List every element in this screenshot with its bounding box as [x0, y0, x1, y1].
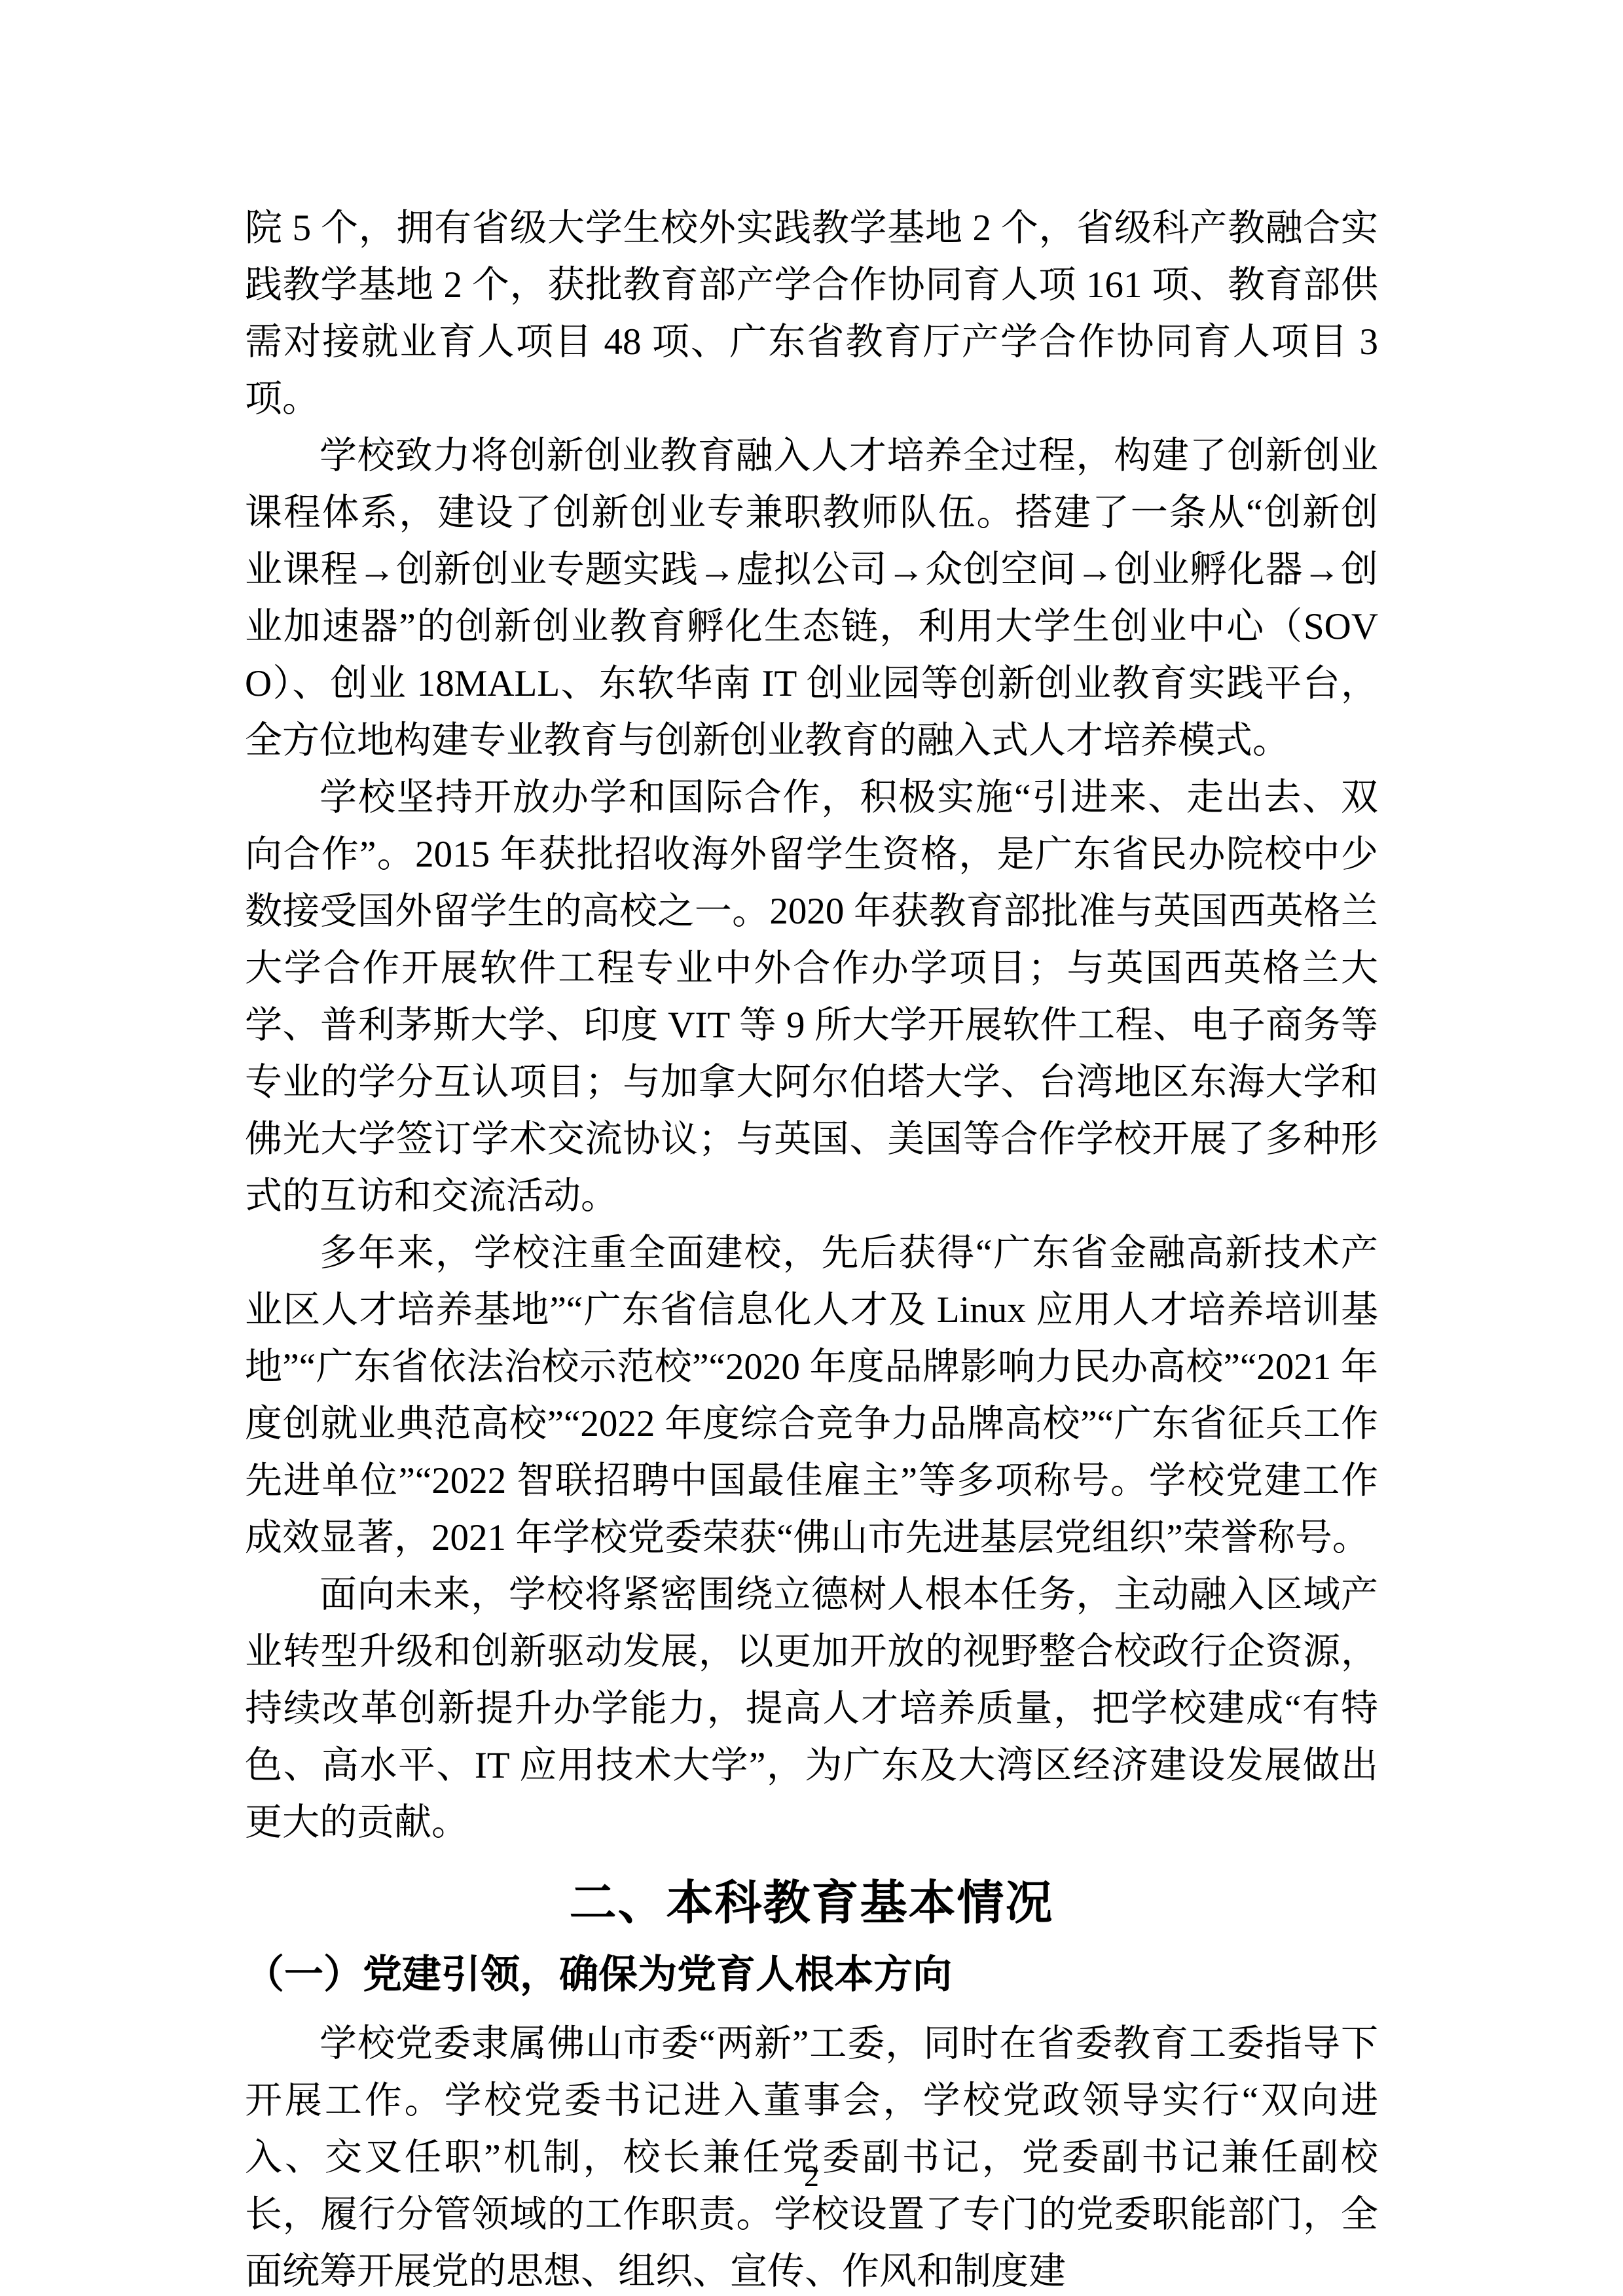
body-paragraph: 面向未来，学校将紧密围绕立德树人根本任务，主动融入区域产业转型升级和创新驱动发展… — [245, 1566, 1378, 1851]
body-paragraph: 多年来，学校注重全面建校，先后获得“广东省金融高新技术产业区人才培养基地”“广东… — [245, 1225, 1378, 1566]
section-heading: 二、本科教育基本情况 — [245, 1869, 1378, 1938]
body-paragraph-continuation: 院 5 个，拥有省级大学生校外实践教学基地 2 个，省级科产教融合实践教学基地 … — [245, 200, 1378, 427]
page-footer: 2 — [0, 2161, 1623, 2191]
body-paragraph: 学校党委隶属佛山市委“两新”工委，同时在省委教育工委指导下开展工作。学校党委书记… — [245, 2015, 1378, 2296]
body-paragraph: 学校致力将创新创业教育融入人才培养全过程，构建了创新创业课程体系，建设了创新创业… — [245, 427, 1378, 769]
subsection-heading: （一）党建引领，确保为党育人根本方向 — [245, 1943, 1378, 2005]
body-paragraph: 学校坚持开放办学和国际合作，积极实施“引进来、走出去、双向合作”。2015 年获… — [245, 769, 1378, 1225]
document-page: 院 5 个，拥有省级大学生校外实践教学基地 2 个，省级科产教融合实践教学基地 … — [0, 0, 1623, 2296]
page-number: 2 — [804, 2159, 819, 2193]
page-content: 院 5 个，拥有省级大学生校外实践教学基地 2 个，省级科产教融合实践教学基地 … — [245, 200, 1378, 2296]
